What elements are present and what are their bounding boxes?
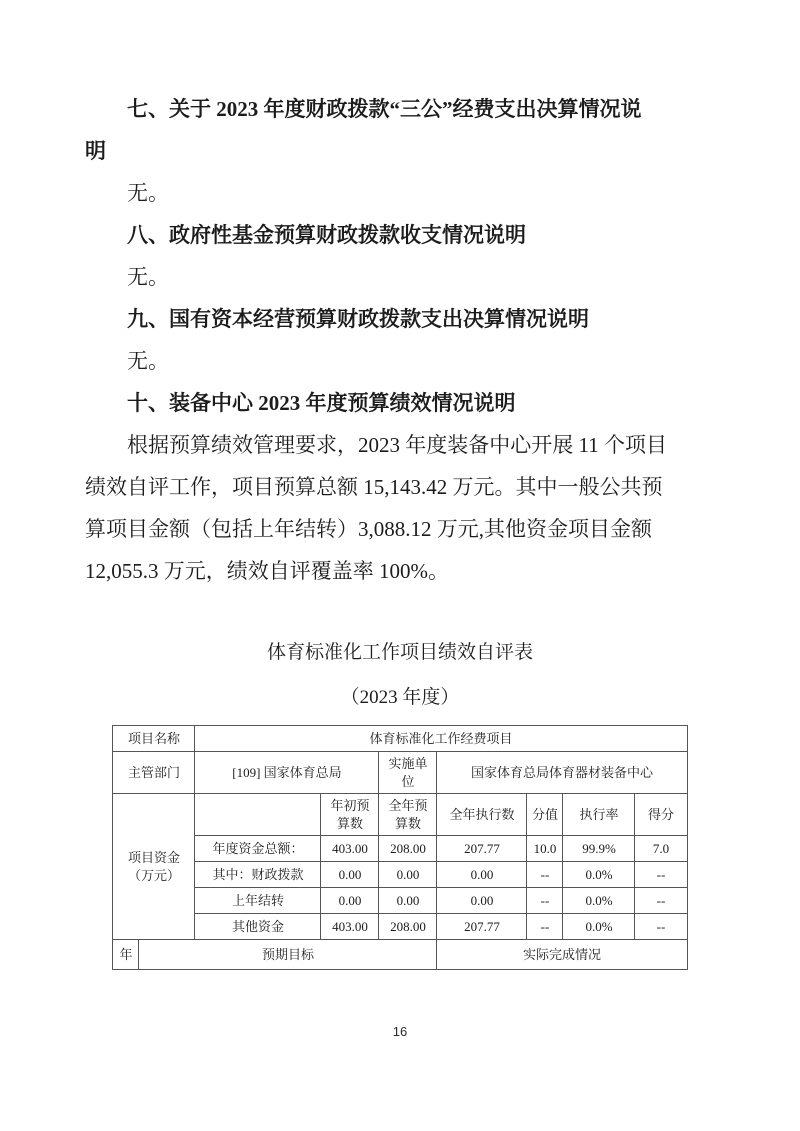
header-full-year-executed: 全年执行数 (437, 794, 527, 836)
fund-row-fiscal: 其中：财政拨款 0.00 0.00 0.00 -- 0.0% -- (113, 862, 687, 888)
impl-unit-value: 国家体育总局体育器材装备中心 (437, 752, 687, 794)
eval-table-subtitle: （2023 年度） (85, 675, 715, 720)
dept-label: 主管部门 (113, 752, 195, 794)
year-label: 年 (113, 940, 139, 970)
fund-row-rate: 0.0% (563, 862, 635, 888)
table-header-row: 项目资金 （万元） 年初预 算数 全年预 算数 全年执行数 分值 执行率 得分 (113, 794, 687, 836)
header-full-year-budget: 全年预 算数 (379, 794, 437, 836)
actual-completion-label: 实际完成情况 (437, 940, 687, 970)
header-execution-rate: 执行率 (563, 794, 635, 836)
fund-row-weight: 10.0 (527, 836, 563, 862)
header-weight: 分值 (527, 794, 563, 836)
fund-row-label: 上年结转 (195, 888, 321, 914)
project-name-value: 体育标准化工作经费项目 (195, 726, 687, 752)
heading-section-eight: 八、政府性基金预算财政拨款收支情况说明 (85, 214, 715, 256)
fund-row-rate: 99.9% (563, 836, 635, 862)
fund-row-weight: -- (527, 914, 563, 940)
none-text-1: 无。 (85, 172, 715, 214)
fund-row-rate: 0.0% (563, 888, 635, 914)
body-paragraph: 根据预算绩效管理要求，2023 年度装备中心开展 11 个项目 绩效自评工作，项… (85, 424, 715, 592)
none-text-2: 无。 (85, 256, 715, 298)
fund-row-carryover: 上年结转 0.00 0.00 0.00 -- 0.0% -- (113, 888, 687, 914)
header-initial-budget: 年初预 算数 (321, 794, 379, 836)
heading-section-nine: 九、国有资本经营预算财政拨款支出决算情况说明 (85, 298, 715, 340)
fund-row-weight: -- (527, 862, 563, 888)
fund-row-executed: 0.00 (437, 888, 527, 914)
fund-row-weight: -- (527, 888, 563, 914)
fund-row-full-year: 0.00 (379, 862, 437, 888)
table-row: 主管部门 [109] 国家体育总局 实施单 位 国家体育总局体育器材装备中心 (113, 752, 687, 794)
empty-cell (195, 794, 321, 836)
fund-row-score: -- (635, 888, 687, 914)
fund-row-executed: 0.00 (437, 862, 527, 888)
fund-row-total: 年度资金总额： 403.00 208.00 207.77 10.0 99.9% … (113, 836, 687, 862)
fund-row-initial: 0.00 (321, 888, 379, 914)
fund-row-executed: 207.77 (437, 836, 527, 862)
expected-goal-label: 预期目标 (139, 940, 437, 970)
fund-row-executed: 207.77 (437, 914, 527, 940)
dept-value: [109] 国家体育总局 (195, 752, 379, 794)
fund-row-full-year: 208.00 (379, 914, 437, 940)
none-text-3: 无。 (85, 340, 715, 382)
fund-row-rate: 0.0% (563, 914, 635, 940)
fund-row-label: 年度资金总额： (195, 836, 321, 862)
header-score: 得分 (635, 794, 687, 836)
fund-row-full-year: 0.00 (379, 888, 437, 914)
funds-label: 项目资金 （万元） (113, 794, 195, 940)
impl-unit-label: 实施单 位 (379, 752, 437, 794)
fund-row-initial: 0.00 (321, 862, 379, 888)
performance-eval-table: 项目名称 体育标准化工作经费项目 主管部门 [109] 国家体育总局 实施单 位… (112, 725, 687, 970)
eval-table-title: 体育标准化工作项目绩效自评表 (85, 630, 715, 675)
fund-row-score: -- (635, 862, 687, 888)
heading-section-seven: 七、关于 2023 年度财政拨款“三公”经费支出决算情况说 明 (85, 88, 715, 172)
year-goal-row: 年 预期目标 实际完成情况 (113, 940, 687, 970)
fund-row-initial: 403.00 (321, 836, 379, 862)
document-content: 七、关于 2023 年度财政拨款“三公”经费支出决算情况说 明 无。 八、政府性… (85, 88, 715, 970)
fund-row-initial: 403.00 (321, 914, 379, 940)
document-page: 七、关于 2023 年度财政拨款“三公”经费支出决算情况说 明 无。 八、政府性… (0, 0, 800, 1131)
fund-row-label: 其中：财政拨款 (195, 862, 321, 888)
fund-row-full-year: 208.00 (379, 836, 437, 862)
fund-row-score: -- (635, 914, 687, 940)
page-number: 16 (0, 1024, 800, 1039)
fund-row-score: 7.0 (635, 836, 687, 862)
table-row: 项目名称 体育标准化工作经费项目 (113, 726, 687, 752)
project-name-label: 项目名称 (113, 726, 195, 752)
fund-row-label: 其他资金 (195, 914, 321, 940)
heading-section-ten: 十、装备中心 2023 年度预算绩效情况说明 (85, 382, 715, 424)
fund-row-other: 其他资金 403.00 208.00 207.77 -- 0.0% -- (113, 914, 687, 940)
